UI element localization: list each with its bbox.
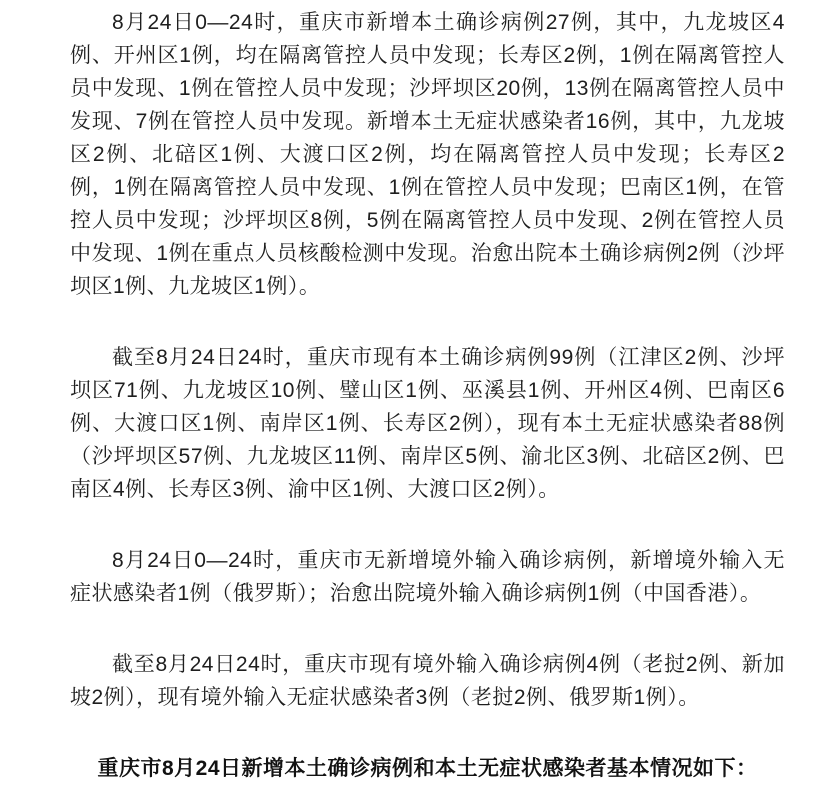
paragraph-imported-new-cases: 8月24日0—24时，重庆市无新增境外输入确诊病例，新增境外输入无症状感染者1例… [70,544,785,610]
article-body: 8月24日0—24时，重庆市新增本土确诊病例27例，其中，九龙坡区4例、开州区1… [0,0,828,785]
section-heading-case-details-intro: 重庆市8月24日新增本土确诊病例和本土无症状感染者基本情况如下： [70,752,785,785]
paragraph-existing-local-cases: 截至8月24日24时，重庆市现有本土确诊病例99例（江津区2例、沙坪坝区71例、… [70,341,785,506]
paragraph-new-local-cases: 8月24日0—24时，重庆市新增本土确诊病例27例，其中，九龙坡区4例、开州区1… [70,6,785,303]
article-page: 8月24日0—24时，重庆市新增本土确诊病例27例，其中，九龙坡区4例、开州区1… [0,0,828,800]
paragraph-imported-existing-cases: 截至8月24日24时，重庆市现有境外输入确诊病例4例（老挝2例、新加坡2例），现… [70,648,785,714]
